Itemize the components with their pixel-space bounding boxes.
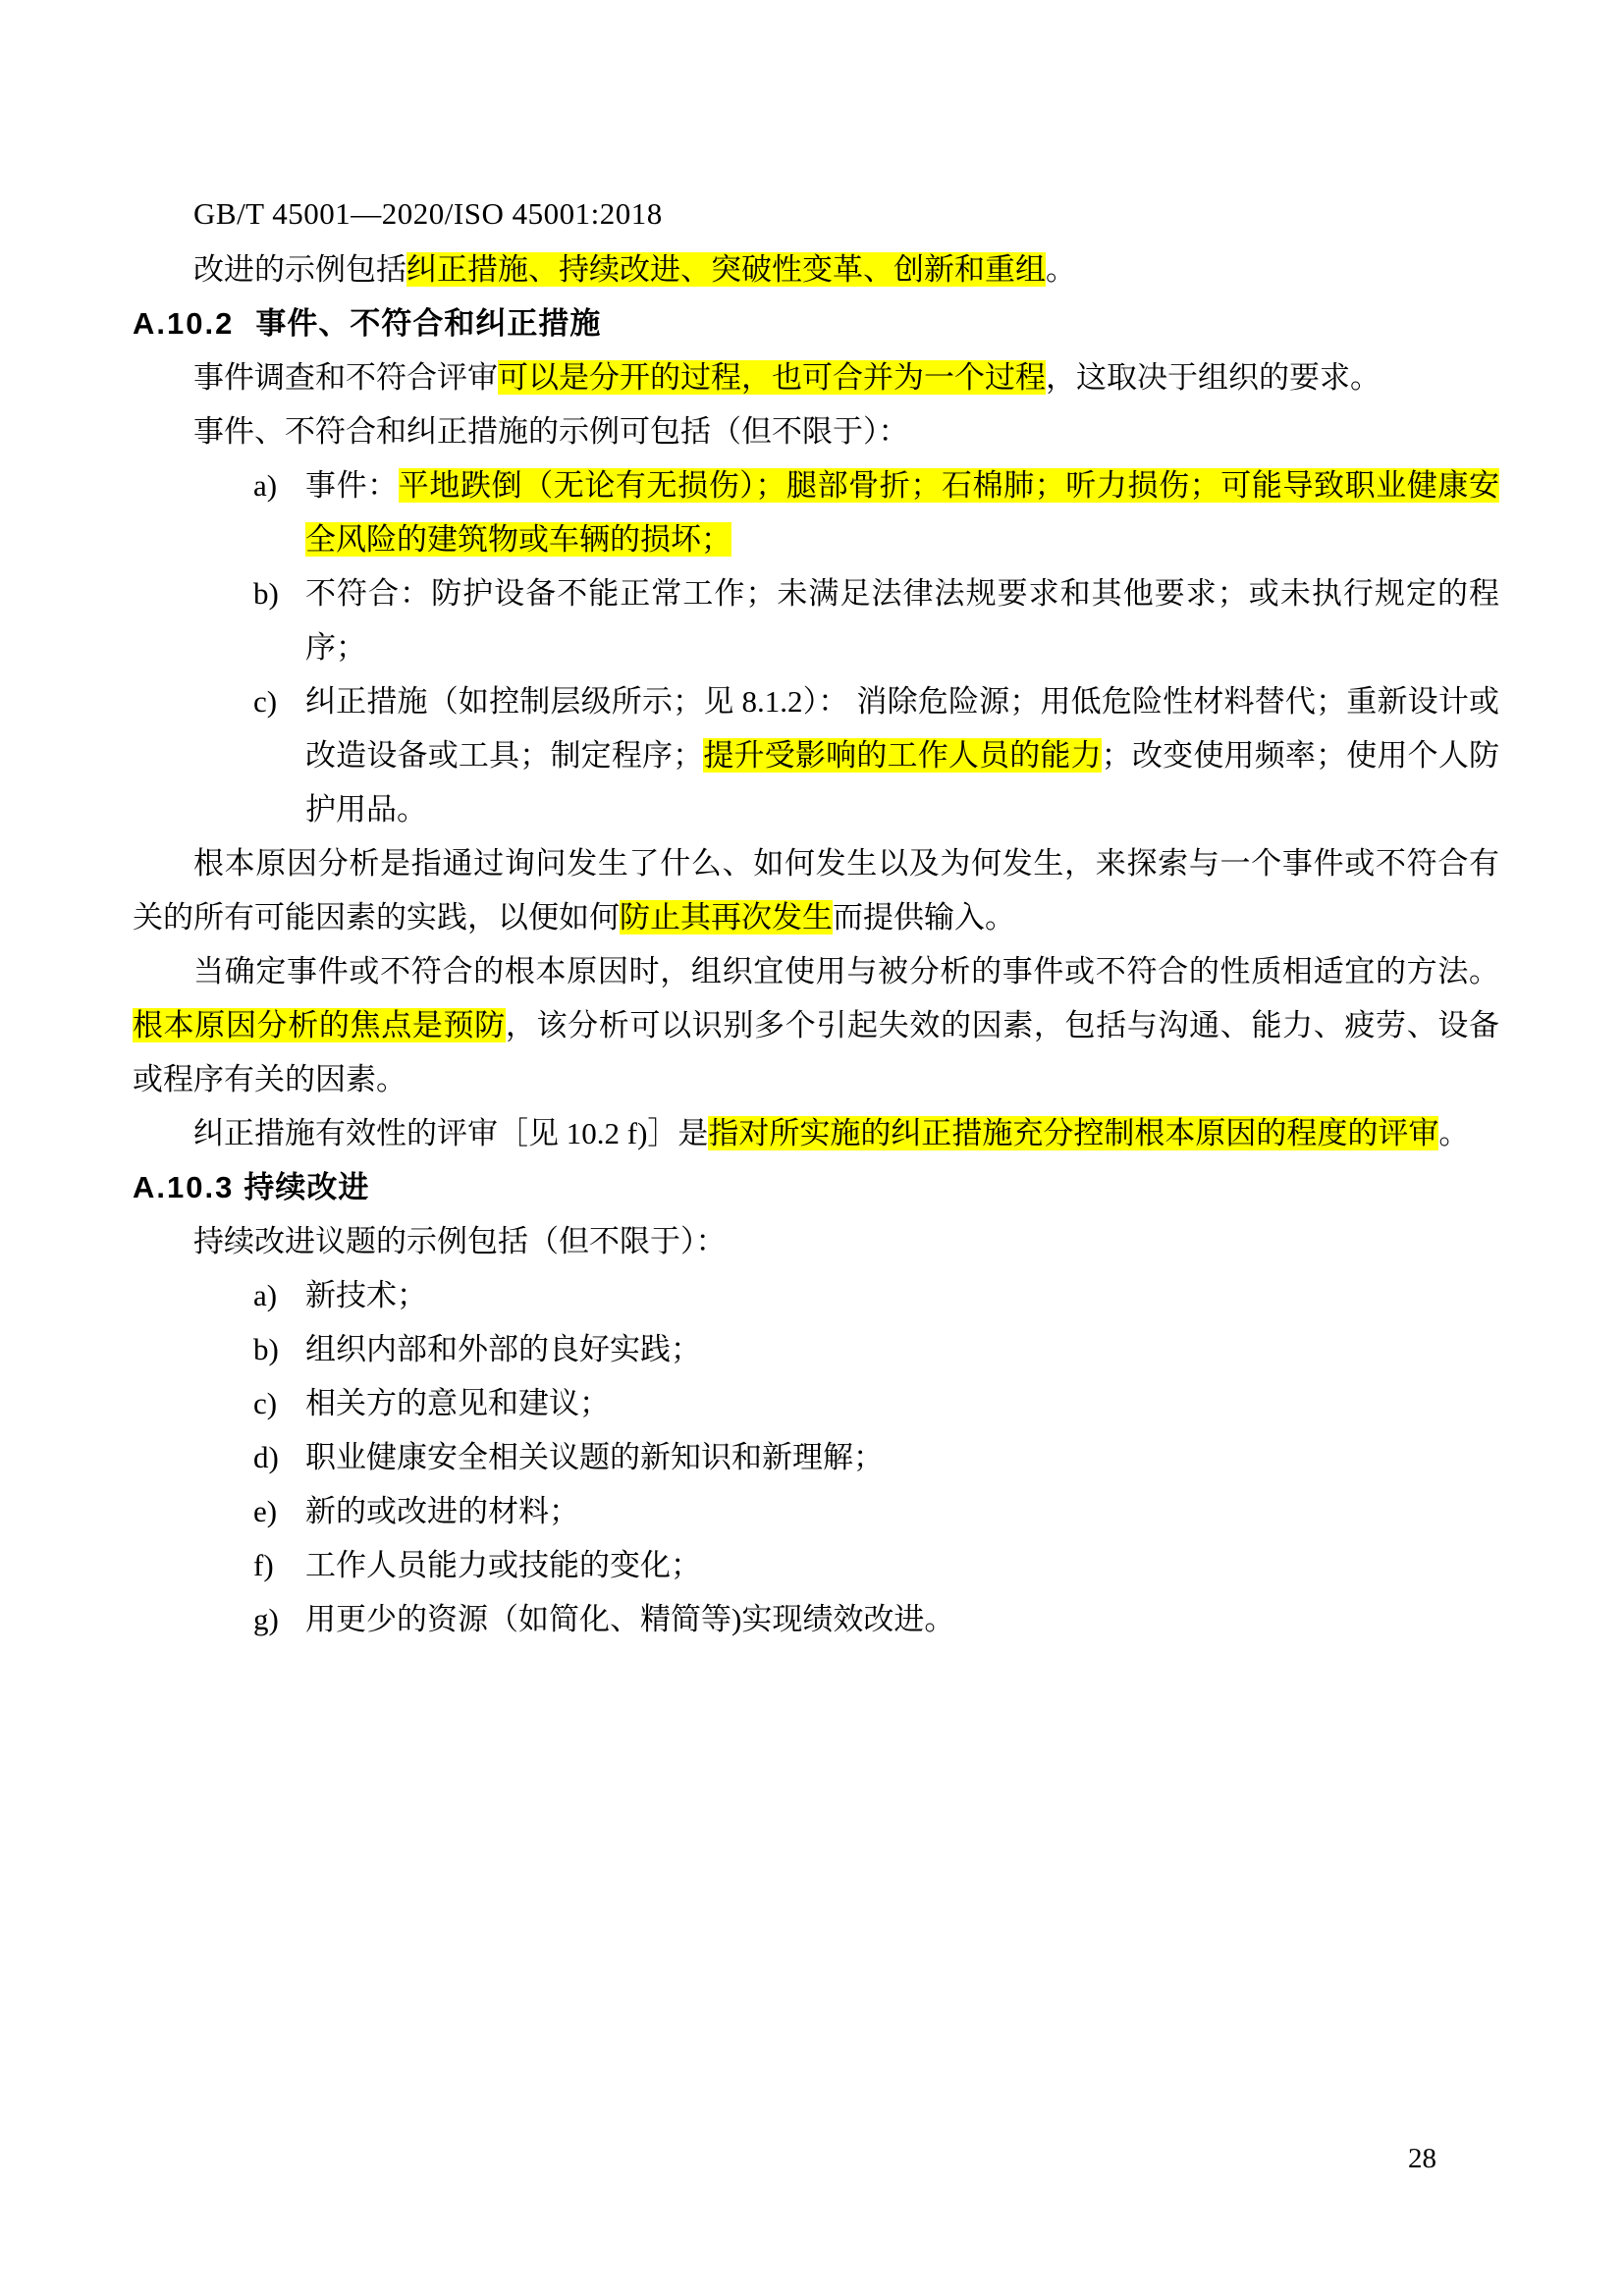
text-segment: 相关方的意见和建议； — [305, 1386, 610, 1420]
highlighted-text: 防止其再次发生 — [620, 900, 833, 934]
document-page: GB/T 45001—2020/ISO 45001:2018 改进的示例包括纠正… — [0, 0, 1624, 2296]
list-item-label: b) — [253, 566, 279, 620]
paragraph: 事件调查和不符合评审可以是分开的过程，也可合并为一个过程，这取决于组织的要求。 — [133, 350, 1499, 404]
highlighted-text: 纠正措施、持续改进、突破性变革、创新和重组 — [406, 252, 1046, 287]
text-segment: 事件调查和不符合评审 — [193, 360, 498, 395]
list-item: c)纠正措施（如控制层级所示；见 8.1.2）： 消除危险源；用低危险性材料替代… — [133, 674, 1499, 836]
text-segment: 新的或改进的材料； — [305, 1494, 579, 1528]
list-item-label: f) — [253, 1538, 274, 1592]
list-item: b)组织内部和外部的良好实践； — [133, 1322, 1499, 1376]
text-segment: 用更少的资源（如简化、精简等)实现绩效改进。 — [305, 1602, 954, 1636]
list-item-label: c) — [253, 1376, 277, 1430]
paragraph: 事件、不符合和纠正措施的示例可包括（但不限于）： — [133, 404, 1499, 458]
document-body: 改进的示例包括纠正措施、持续改进、突破性变革、创新和重组。 A.10.2事件、不… — [133, 242, 1499, 1646]
text-segment: 持续改进议题的示例包括（但不限于）： — [193, 1224, 727, 1258]
list-item: a)事件：平地跌倒（无论有无损伤）；腿部骨折；石棉肺；听力损伤；可能导致职业健康… — [133, 458, 1499, 566]
list-item-label: a) — [253, 1268, 277, 1322]
paragraph: 根本原因分析是指通过询问发生了什么、如何发生以及为何发生，来探索与一个事件或不符… — [133, 836, 1499, 944]
highlighted-text: 指对所实施的纠正措施充分控制根本原因的程度的评审 — [708, 1116, 1438, 1150]
text-segment: ，这取决于组织的要求。 — [1046, 360, 1380, 395]
text-segment: 。 — [1438, 1116, 1469, 1150]
document-header: GB/T 45001—2020/ISO 45001:2018 — [193, 196, 663, 232]
text-segment: 纠正措施有效性的评审［见 10.2 f)］是 — [193, 1116, 708, 1150]
highlighted-text: 可以是分开的过程，也可合并为一个过程 — [498, 360, 1046, 395]
highlighted-text: 提升受影响的工作人员的能力 — [703, 738, 1102, 773]
list-item: f)工作人员能力或技能的变化； — [133, 1538, 1499, 1592]
paragraph: 持续改进议题的示例包括（但不限于）： — [133, 1214, 1499, 1268]
list-item-label: d) — [253, 1430, 279, 1484]
paragraph: 改进的示例包括纠正措施、持续改进、突破性变革、创新和重组。 — [133, 242, 1499, 296]
text-segment: 事件： — [305, 468, 399, 503]
section-heading: A.10.3持续改进 — [133, 1160, 1499, 1214]
highlighted-text: 根本原因分析的焦点是预防 — [133, 1008, 506, 1042]
list-item-label: a) — [253, 458, 277, 512]
list-item: d)职业健康安全相关议题的新知识和新理解； — [133, 1430, 1499, 1484]
section-title: 持续改进 — [244, 1170, 369, 1204]
page-number: 28 — [1408, 2143, 1436, 2175]
list-item: g)用更少的资源（如简化、精简等)实现绩效改进。 — [133, 1592, 1499, 1646]
list-item: a)新技术； — [133, 1268, 1499, 1322]
paragraph: 纠正措施有效性的评审［见 10.2 f)］是指对所实施的纠正措施充分控制根本原因… — [133, 1106, 1499, 1160]
text-segment: 不符合：防护设备不能正常工作；未满足法律法规要求和其他要求；或未执行规定的程序； — [305, 576, 1499, 665]
section-number: A.10.2 — [133, 306, 234, 341]
list-item-label: g) — [253, 1592, 279, 1646]
list-item: c)相关方的意见和建议； — [133, 1376, 1499, 1430]
list-item-label: c) — [253, 674, 277, 728]
highlighted-text: 平地跌倒（无论有无损伤）；腿部骨折；石棉肺；听力损伤；可能导致职业健康安全风险的… — [305, 468, 1499, 557]
incident-examples-list: a)事件：平地跌倒（无论有无损伤）；腿部骨折；石棉肺；听力损伤；可能导致职业健康… — [133, 458, 1499, 836]
section-heading: A.10.2事件、不符合和纠正措施 — [133, 296, 1499, 350]
text-segment: 工作人员能力或技能的变化； — [305, 1548, 701, 1582]
list-item-label: b) — [253, 1322, 279, 1376]
text-segment: 新技术； — [305, 1278, 427, 1312]
text-segment: 改进的示例包括 — [193, 252, 406, 287]
section-number: A.10.3 — [133, 1170, 234, 1204]
paragraph: 当确定事件或不符合的根本原因时，组织宜使用与被分析的事件或不符合的性质相适宜的方… — [133, 944, 1499, 1106]
text-segment: 当确定事件或不符合的根本原因时，组织宜使用与被分析的事件或不符合的性质相适宜的方… — [193, 954, 1499, 988]
text-segment: 而提供输入。 — [833, 900, 1015, 934]
list-item-label: e) — [253, 1484, 277, 1538]
text-segment: 事件、不符合和纠正措施的示例可包括（但不限于）： — [193, 414, 909, 449]
text-segment: 职业健康安全相关议题的新知识和新理解； — [305, 1440, 884, 1474]
text-segment: 组织内部和外部的良好实践； — [305, 1332, 701, 1366]
continual-improvement-list: a)新技术； b)组织内部和外部的良好实践； c)相关方的意见和建议； d)职业… — [133, 1268, 1499, 1646]
section-title: 事件、不符合和纠正措施 — [255, 306, 601, 341]
list-item: b)不符合：防护设备不能正常工作；未满足法律法规要求和其他要求；或未执行规定的程… — [133, 566, 1499, 674]
text-segment: 。 — [1046, 252, 1076, 287]
list-item: e)新的或改进的材料； — [133, 1484, 1499, 1538]
